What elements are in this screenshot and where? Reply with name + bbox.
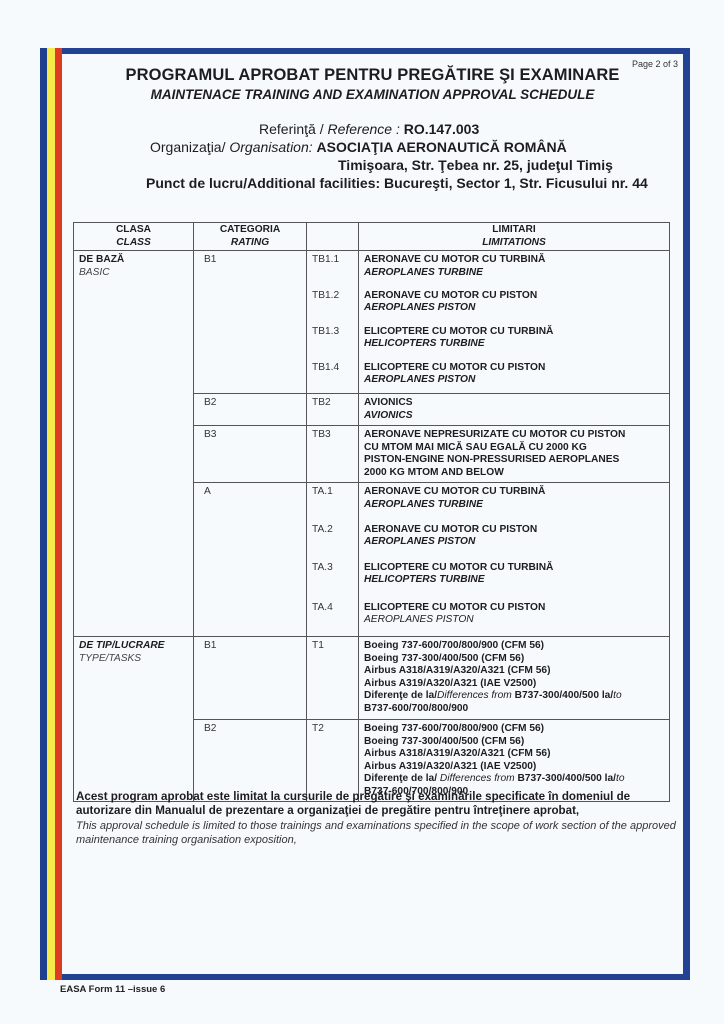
header-limitations-en: LIMITATIONS	[363, 237, 665, 250]
limitation-code: TB3	[307, 426, 359, 483]
aircraft-type: Boeing 737-300/400/500 (CFM 56)	[364, 736, 664, 749]
limitation-line: 2000 KG MTOM AND BELOW	[364, 467, 664, 480]
organisation-label-en: Organisation:	[229, 139, 316, 155]
table-row: DE BAZĂBASICB1TB1.1AERONAVE CU MOTOR CU …	[74, 251, 670, 287]
header-rating: CATEGORIARATING	[194, 223, 307, 251]
scope-note: Acest program aprobat este limitat la cu…	[76, 790, 676, 847]
class-cell: DE TIP/LUCRARETYPE/TASKS	[74, 637, 194, 802]
limitation-english: HELICOPTERS TURBINE	[364, 338, 664, 351]
limitation-cell: AERONAVE CU MOTOR CU TURBINĂAEROPLANES T…	[359, 483, 670, 521]
limitation-code: T1	[307, 637, 359, 720]
scope-note-english: This approval schedule is limited to tho…	[76, 819, 676, 848]
limitation-romanian: AERONAVE CU MOTOR CU PISTON	[364, 524, 664, 537]
limitation-romanian: AERONAVE CU MOTOR CU TURBINĂ	[364, 486, 664, 499]
limitation-cell: AERONAVE CU MOTOR CU PISTONAEROPLANES PI…	[359, 521, 670, 559]
differences-label-en: Differences from	[440, 773, 515, 784]
aircraft-type: Airbus A319/A320/A321 (IAE V2500)	[364, 678, 664, 691]
differences-from: B737-300/400/500 la/	[512, 690, 613, 701]
table-header-row: CLASACLASSCATEGORIARATINGLIMITARILIMITAT…	[74, 223, 670, 251]
limitation-cell: AERONAVE NEPRESURIZATE CU MOTOR CU PISTO…	[359, 426, 670, 483]
limitation-cell: ELICOPTERE CU MOTOR CU PISTONAEROPLANES …	[359, 359, 670, 394]
header-code	[307, 223, 359, 251]
reference-label-en: Reference :	[327, 121, 403, 137]
aircraft-type: Airbus A318/A319/A320/A321 (CFM 56)	[364, 665, 664, 678]
flag-stripe-red	[55, 48, 62, 980]
differences-to: B737-600/700/800/900	[364, 703, 664, 716]
organisation-value: ASOCIAŢIA AERONAUTICĂ ROMÂNĂ	[317, 139, 567, 155]
class-romanian: DE TIP/LUCRARE	[79, 640, 188, 653]
limitation-romanian: AERONAVE CU MOTOR CU TURBINĂ	[364, 254, 664, 267]
additional-facilities-line: Punct de lucru/Additional facilities: Bu…	[146, 175, 648, 191]
limitation-romanian: AVIONICS	[364, 397, 664, 410]
limitation-cell: ELICOPTERE CU MOTOR CU PISTONAEROPLANES …	[359, 599, 670, 637]
header-limitations-ro: LIMITARI	[363, 224, 665, 237]
differences-line: Diferenţe de la/ Differences from B737-3…	[364, 773, 664, 786]
limitation-romanian: ELICOPTERE CU MOTOR CU TURBINĂ	[364, 326, 664, 339]
limitation-english: AVIONICS	[364, 410, 664, 423]
organisation-label-ro: Organizaţia/	[150, 139, 229, 155]
header-class: CLASACLASS	[74, 223, 194, 251]
organisation-line: Organizaţia/ Organisation: ASOCIAŢIA AER…	[150, 139, 567, 155]
aircraft-type: Airbus A318/A319/A320/A321 (CFM 56)	[364, 748, 664, 761]
aircraft-type: Boeing 737-600/700/800/900 (CFM 56)	[364, 723, 664, 736]
limitation-english: AEROPLANES PISTON	[364, 302, 664, 315]
limitation-cell: AVIONICSAVIONICS	[359, 394, 670, 426]
class-english: BASIC	[79, 267, 188, 280]
header-rating-en: RATING	[198, 237, 302, 250]
limitation-english: AEROPLANES PISTON	[364, 536, 664, 549]
limitation-english: AEROPLANES PISTON	[364, 374, 664, 387]
reference-value: RO.147.003	[404, 121, 480, 137]
limitation-code: TA.3	[307, 559, 359, 599]
frame-border-right	[683, 48, 690, 980]
reference-label-ro: Referinţă /	[259, 121, 327, 137]
header-rating-ro: CATEGORIA	[198, 224, 302, 237]
rating-cell: B2	[194, 394, 307, 426]
class-english: TYPE/TASKS	[79, 653, 188, 666]
limitation-code: TB1.3	[307, 323, 359, 359]
limitation-line: CU MTOM MAI MICĂ SAU EGALĂ CU 2000 KG	[364, 442, 664, 455]
differences-label-ro: Diferenţe de la/	[364, 773, 440, 784]
class-cell: DE BAZĂBASIC	[74, 251, 194, 637]
differences-to-label: to	[616, 773, 625, 784]
limitation-english: HELICOPTERS TURBINE	[364, 574, 664, 587]
table-row: DE TIP/LUCRARETYPE/TASKSB1T1Boeing 737-6…	[74, 637, 670, 720]
class-romanian: DE BAZĂ	[79, 254, 188, 267]
rating-cell: B1	[194, 637, 307, 720]
limitation-romanian: ELICOPTERE CU MOTOR CU PISTON	[364, 602, 664, 615]
differences-from: B737-300/400/500 la/	[515, 773, 616, 784]
limitation-cell: ELICOPTERE CU MOTOR CU TURBINĂHELICOPTER…	[359, 323, 670, 359]
limitation-romanian: ELICOPTERE CU MOTOR CU TURBINĂ	[364, 562, 664, 575]
form-footer: EASA Form 11 –issue 6	[60, 984, 165, 995]
header-class-en: CLASS	[78, 237, 189, 250]
address-line: Timişoara, Str. Ţebea nr. 25, judeţul Ti…	[338, 157, 613, 173]
differences-label-ro: Diferenţe de la/	[364, 690, 437, 701]
limitation-code: TA.4	[307, 599, 359, 637]
reference-line: Referinţă / Reference : RO.147.003	[259, 121, 479, 137]
limitation-code: TB2	[307, 394, 359, 426]
limitation-code: TA.2	[307, 521, 359, 559]
limitation-cell: AERONAVE CU MOTOR CU PISTONAEROPLANES PI…	[359, 287, 670, 323]
aircraft-type: Boeing 737-300/400/500 (CFM 56)	[364, 653, 664, 666]
differences-label-en: Differences from	[437, 690, 512, 701]
differences-to-label: to	[613, 690, 622, 701]
limitation-romanian: AERONAVE CU MOTOR CU PISTON	[364, 290, 664, 303]
rating-cell: A	[194, 483, 307, 637]
title-english: MAINTENACE TRAINING AND EXAMINATION APPR…	[62, 87, 683, 102]
aircraft-type: Airbus A319/A320/A321 (IAE V2500)	[364, 761, 664, 774]
header-limitations: LIMITARILIMITATIONS	[359, 223, 670, 251]
frame-border-bottom	[62, 974, 690, 980]
limitation-cell: AERONAVE CU MOTOR CU TURBINĂAEROPLANES T…	[359, 251, 670, 287]
limitation-code: TA.1	[307, 483, 359, 521]
limitation-line: AERONAVE NEPRESURIZATE CU MOTOR CU PISTO…	[364, 429, 664, 442]
approval-schedule-table: CLASACLASSCATEGORIARATINGLIMITARILIMITAT…	[73, 222, 670, 802]
limitation-english: AEROPLANES PISTON	[364, 614, 664, 627]
limitation-english: AEROPLANES TURBINE	[364, 267, 664, 280]
differences-line: Diferenţe de la/Differences from B737-30…	[364, 690, 664, 703]
limitation-romanian: ELICOPTERE CU MOTOR CU PISTON	[364, 362, 664, 375]
scope-note-romanian: Acest program aprobat este limitat la cu…	[76, 790, 676, 819]
flag-stripe-blue	[40, 48, 47, 980]
rating-cell: B1	[194, 251, 307, 394]
limitation-code: TB1.1	[307, 251, 359, 287]
flag-stripe-yellow	[47, 48, 55, 980]
limitation-english: AEROPLANES TURBINE	[364, 499, 664, 512]
limitation-cell: ELICOPTERE CU MOTOR CU TURBINĂHELICOPTER…	[359, 559, 670, 599]
limitation-code: TB1.2	[307, 287, 359, 323]
limitation-cell: Boeing 737-600/700/800/900 (CFM 56)Boein…	[359, 637, 670, 720]
aircraft-type: Boeing 737-600/700/800/900 (CFM 56)	[364, 640, 664, 653]
title-romanian: PROGRAMUL APROBAT PENTRU PREGĂTIRE ŞI EX…	[62, 66, 683, 85]
frame-border-top	[62, 48, 690, 54]
rating-cell: B3	[194, 426, 307, 483]
limitation-line: PISTON-ENGINE NON-PRESSURISED AEROPLANES	[364, 454, 664, 467]
limitation-code: TB1.4	[307, 359, 359, 394]
header-class-ro: CLASA	[78, 224, 189, 237]
